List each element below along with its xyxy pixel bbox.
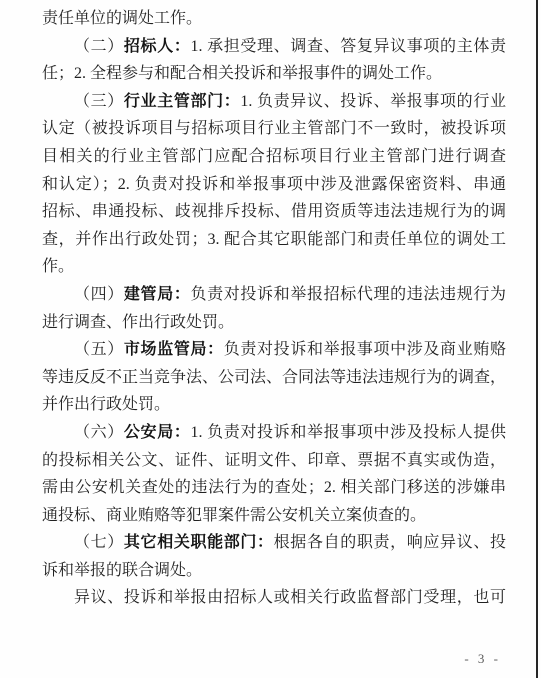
text-line: 异议、投诉和举报由招标人或相关行政监督部门受理，也可 xyxy=(42,584,506,612)
text-segment: 需由公安机关查处的违法行为的查处；2. 相关部门移送的涉嫌串 xyxy=(42,479,506,496)
text-line: 进行调查、作出行政处罚。 xyxy=(42,309,506,337)
section-heading: 行业主管部门： xyxy=(124,93,240,110)
page-number: - 3 - xyxy=(464,651,501,667)
text-segment: 目相关的行业主管部门应配合招标项目行业主管部门进行调查 xyxy=(42,148,506,165)
text-line: 责任单位的调处工作。 xyxy=(42,5,506,33)
text-segment: 的投标相关公文、证件、证明文件、印章、票据不真实或伪造， xyxy=(42,452,506,469)
text-line: 作。 xyxy=(42,253,506,281)
text-line: （三）行业主管部门：1. 负责异议、投诉、举报事项的行业 xyxy=(42,88,506,116)
text-line: （六）公安局：1. 负责对投诉和举报事项中涉及投标人提供 xyxy=(42,419,506,447)
text-segment: 招标、串通投标、歧视排斥投标、借用资质等违法违规行为的调 xyxy=(42,203,506,220)
text-segment: 进行调查、作出行政处罚。 xyxy=(42,314,234,331)
text-segment: 1. 负责对投诉和举报事项中涉及投标人提供 xyxy=(190,424,506,441)
text-line: （四）建管局：负责对投诉和举报招标代理的违法违规行为 xyxy=(42,281,506,309)
document-page: 责任单位的调处工作。（二）招标人：1. 承担受理、调查、答复异议事项的主体责任；… xyxy=(0,0,541,678)
text-segment: 责任单位的调处工作。 xyxy=(42,10,202,27)
text-segment: 1. 负责异议、投诉、举报事项的行业 xyxy=(240,93,506,110)
text-line: （二）招标人：1. 承担受理、调查、答复异议事项的主体责 xyxy=(42,33,506,61)
text-segment: 负责对投诉和举报事项中涉及商业贿赂 xyxy=(224,341,506,358)
text-line: 的投标相关公文、证件、证明文件、印章、票据不真实或伪造， xyxy=(42,447,506,475)
text-segment: 1. 承担受理、调查、答复异议事项的主体责 xyxy=(190,38,506,55)
section-heading: 招标人： xyxy=(124,38,191,55)
section-heading: 其它相关职能部门： xyxy=(124,534,274,551)
text-line: 认定（被投诉项目与招标项目行业主管部门不一致时，被投诉项 xyxy=(42,115,506,143)
text-segment: 并作出行政处罚。 xyxy=(42,396,170,413)
text-segment: 查，并作出行政处罚；3. 配合其它职能部门和责任单位的调处工 xyxy=(42,231,506,248)
text-segment: 通投标、商业贿赂等犯罪案件需公安机关立案侦查的。 xyxy=(42,507,426,524)
document-body: 责任单位的调处工作。（二）招标人：1. 承担受理、调查、答复异议事项的主体责任；… xyxy=(42,5,506,612)
text-segment: 异议、投诉和举报由招标人或相关行政监督部门受理，也可 xyxy=(74,589,506,606)
text-line: （七）其它相关职能部门：根据各自的职责，响应异议、投 xyxy=(42,529,506,557)
text-segment: 作。 xyxy=(42,258,74,275)
section-heading: 公安局： xyxy=(124,424,191,441)
text-line: 和认定）；2. 负责对投诉和举报事项中涉及泄露保密资料、串通 xyxy=(42,171,506,199)
text-line: 诉和举报的联合调处。 xyxy=(42,557,506,585)
text-segment: （七） xyxy=(74,534,124,551)
text-segment: （六） xyxy=(74,424,124,441)
section-heading: 市场监管局： xyxy=(124,341,224,358)
text-segment: 认定（被投诉项目与招标项目行业主管部门不一致时，被投诉项 xyxy=(42,120,506,137)
text-line: 需由公安机关查处的违法行为的查处；2. 相关部门移送的涉嫌串 xyxy=(42,474,506,502)
text-segment: 等违反反不正当竞争法、公司法、合同法等违法违规行为的调查， xyxy=(42,369,506,386)
text-line: 任；2. 全程参与和配合相关投诉和举报事件的调处工作。 xyxy=(42,60,506,88)
section-heading: 建管局： xyxy=(124,286,191,303)
text-segment: 根据各自的职责，响应异议、投 xyxy=(274,534,506,551)
text-line: 招标、串通投标、歧视排斥投标、借用资质等违法违规行为的调 xyxy=(42,198,506,226)
text-line: 查，并作出行政处罚；3. 配合其它职能部门和责任单位的调处工 xyxy=(42,226,506,254)
text-segment: 负责对投诉和举报招标代理的违法违规行为 xyxy=(190,286,506,303)
text-segment: 任；2. 全程参与和配合相关投诉和举报事件的调处工作。 xyxy=(42,65,442,82)
text-line: 通投标、商业贿赂等犯罪案件需公安机关立案侦查的。 xyxy=(42,502,506,530)
text-segment: 诉和举报的联合调处。 xyxy=(42,562,202,579)
text-segment: （四） xyxy=(74,286,124,303)
text-line: 等违反反不正当竞争法、公司法、合同法等违法违规行为的调查， xyxy=(42,364,506,392)
text-segment: （五） xyxy=(74,341,124,358)
text-line: （五）市场监管局：负责对投诉和举报事项中涉及商业贿赂 xyxy=(42,336,506,364)
text-segment: 和认定）；2. 负责对投诉和举报事项中涉及泄露保密资料、串通 xyxy=(42,176,506,193)
text-line: 并作出行政处罚。 xyxy=(42,391,506,419)
text-line: 目相关的行业主管部门应配合招标项目行业主管部门进行调查 xyxy=(42,143,506,171)
scan-edge-line xyxy=(536,0,538,678)
text-segment: （三） xyxy=(74,93,124,110)
text-segment: （二） xyxy=(74,38,124,55)
